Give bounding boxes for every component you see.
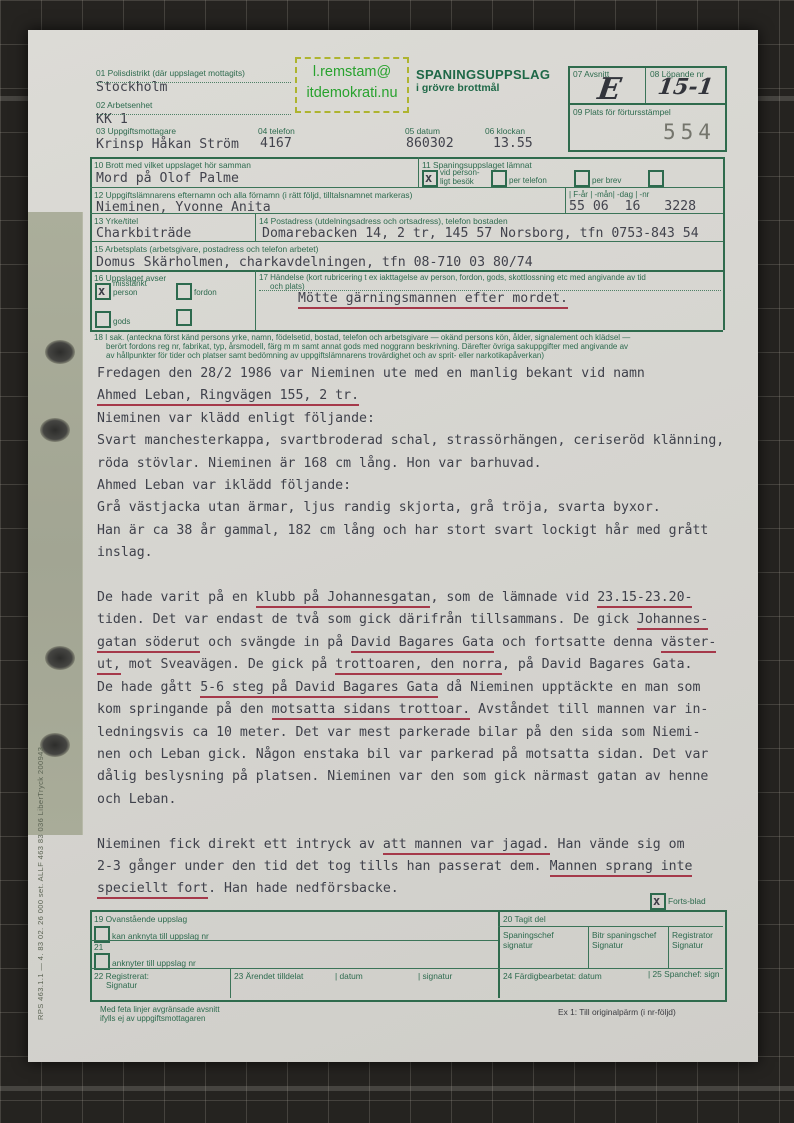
field-02-label: 02 Arbetsenhet (96, 100, 152, 110)
checkbox-fordon (176, 283, 192, 300)
field-20-label: 20 Tagit del (503, 914, 546, 924)
text-segment: dålig beslysning på platsen. Nieminen va… (97, 769, 708, 784)
text-segment: inslag. (97, 545, 153, 560)
text-segment: kom springande på den (97, 702, 272, 717)
text-segment: Nieminen fick direkt ett intryck av (97, 837, 383, 852)
field-18-label-line3: av hållpunkter för tider och platser sam… (106, 351, 544, 360)
field-08-value-handwritten: 15-1 (656, 74, 715, 100)
text-segment: ledningsvis ca 10 meter. Det var mest pa… (97, 725, 700, 740)
text-segment: nen och Leban gick. Någon enstaka bil va… (97, 747, 708, 762)
form-subtitle: i grövre brottmål (416, 82, 499, 94)
col-bitr-spaningschef: Bitr spaningschef (592, 930, 656, 940)
body-text-line: Nieminen fick direkt ett intryck av att … (97, 834, 737, 856)
text-segment: 2-3 gånger under den tid det tog tills h… (97, 859, 550, 874)
body-text-line: Han är ca 38 år gammal, 182 cm lång och … (97, 520, 737, 542)
body-text-line: Grå västjacka utan ärmar, ljus randig sk… (97, 497, 737, 519)
checkbox-x-mark: x (98, 284, 105, 298)
rule-line (255, 213, 256, 241)
field-17-value-text: Mötte gärningsmannen efter mordet. (298, 291, 568, 309)
text-segment: tiden. Det var endast de två som gick dä… (97, 612, 637, 627)
text-segment: . Han hade nedförsbacke. (208, 881, 399, 896)
field-10-value: Mord på Olof Palme (96, 171, 239, 186)
personnummer-value: 55 06 16 3228 (569, 199, 696, 214)
body-text-line: speciellt fort. Han hade nedförsbacke. (97, 878, 737, 900)
text-segment: och Leban. (97, 792, 176, 807)
dotted-rule (96, 114, 291, 115)
body-text-line: ut, mot Sveavägen. De gick på trottoaren… (97, 654, 737, 676)
checkbox-label-line1: vid person- (440, 168, 480, 177)
col-spaningschef: Spaningschef (503, 930, 554, 940)
field-05-value: 860302 (406, 136, 454, 151)
text-segment: och svängde in på (200, 635, 351, 650)
body-text-line: inslag. (97, 542, 737, 564)
underlined-text-segment: Mannen sprang inte (550, 859, 693, 877)
underlined-text-segment: Johannes- (637, 612, 708, 630)
checkbox-per-telefon (491, 170, 507, 187)
field-17-label-line1: 17 Händelse (kort rubricering t ex iaktt… (259, 273, 646, 282)
checkbox-label-line2: person (113, 288, 137, 297)
checkbox-gods (95, 311, 111, 328)
field-21-checkbox-label: anknyter till uppslag nr (112, 958, 196, 968)
field-06-value: 13.55 (493, 136, 533, 151)
rule-line (668, 926, 669, 968)
col-spaningschef-signatur: signatur (503, 940, 533, 950)
document-page: l.remstam@ itdemokrati.nu SPANINGSUPPSLA… (28, 30, 758, 1062)
field-21-label: 21 (94, 942, 103, 952)
rule-line (230, 968, 231, 998)
field-14-value: Domarebacken 14, 2 tr, 145 57 Norsborg, … (262, 226, 699, 241)
body-text-line: dålig beslysning på platsen. Nieminen va… (97, 766, 737, 788)
watermark-line1: l.remstam@ (297, 62, 407, 83)
text-segment: och fortsatte denna (494, 635, 661, 650)
body-text-line: Nieminen var klädd enligt följande: (97, 408, 737, 430)
watermark-line2: itdemokrati.nu (297, 83, 407, 104)
mat-texture-band (0, 1086, 794, 1091)
field-18-label-line2: berört fordons reg nr, fabrikat, typ, år… (106, 342, 628, 351)
text-segment: då Nieminen upptäckte en man som (438, 680, 700, 695)
text-segment: Han är ca 38 år gammal, 182 cm lång och … (97, 523, 708, 538)
body-text-line: De hade gått 5-6 steg på David Bagares G… (97, 677, 737, 699)
field-17-value: Mötte gärningsmannen efter mordet. (298, 291, 568, 306)
field-09-label: 09 Plats för förtursstämpel (573, 107, 671, 117)
underlined-text-segment: speciellt fort (97, 881, 208, 899)
rule-line (90, 157, 723, 159)
rule-line (255, 270, 256, 330)
checkbox-label-line2: ligt besök (440, 177, 474, 186)
form-title: SPANINGSUPPSLAG (416, 67, 550, 82)
rule-line (498, 926, 723, 927)
body-text-line: nen och Leban gick. Någon enstaka bil va… (97, 744, 737, 766)
text-segment: Nieminen var klädd enligt följande: (97, 411, 375, 426)
text-segment: mot Sveavägen. De gick på (121, 657, 335, 672)
field-14-label: 14 Postadress (utdelningsadress och orts… (259, 216, 508, 226)
priority-stamp-number: 554 (663, 120, 716, 144)
field-23-label: 23 Ärendet tilldelat (234, 971, 303, 981)
checkbox-misstankt-person-checked: x (95, 283, 111, 300)
field-15-label: 15 Arbetsplats (arbetsgivare, postadress… (94, 244, 318, 254)
text-segment: Grå västjacka utan ärmar, ljus randig sk… (97, 500, 661, 515)
body-text-line: 2-3 gånger under den tid det tog tills h… (97, 856, 737, 878)
rule-line (90, 968, 498, 969)
field-05-label: 05 datum (405, 126, 440, 136)
rule-line (90, 270, 723, 272)
field-04-label: 04 telefon (258, 126, 295, 136)
field-18-label-line1: 18 I sak. (anteckna först känd persons y… (94, 333, 630, 342)
checkbox-unlabeled (648, 170, 664, 187)
body-text-line: ledningsvis ca 10 meter. Det var mest pa… (97, 722, 737, 744)
col-registrator-signatur: Signatur (672, 940, 703, 950)
field-24-label: 24 Färdigbearbetat: datum (503, 971, 602, 981)
body-text-line: kom springande på den motsatta sidans tr… (97, 699, 737, 721)
body-text-line: gatan söderut och svängde in på David Ba… (97, 632, 737, 654)
field-06-label: 06 klockan (485, 126, 525, 136)
checkbox-unlabeled (176, 309, 192, 326)
rule-line (90, 213, 723, 214)
rule-line (90, 241, 723, 242)
personnummer-header: | F-år | -mån| -dag | -nr (569, 190, 649, 199)
underlined-text-segment: klubb på Johannesgatan (256, 590, 431, 608)
text-segment: Han vände sig om (550, 837, 685, 852)
field-13-value: Charkbiträde (96, 226, 191, 241)
underlined-text-segment: att mannen var jagad. (383, 837, 550, 855)
field-23-signatur-label: | signatur (418, 971, 452, 981)
text-segment: Avståndet till mannen var in- (470, 702, 708, 717)
watermark-box: l.remstam@ itdemokrati.nu (295, 57, 409, 113)
body-text-line: röda stövlar. Nieminen är 168 cm lång. H… (97, 453, 737, 475)
print-code-vertical: RPS 463.1.1 — 4. 83 02. 26 000 set. ALLF… (36, 747, 45, 1020)
checkbox-forts-blad-checked: x (650, 893, 666, 910)
body-text-line (97, 565, 737, 587)
footer-note-line1: Med feta linjer avgränsade avsnitt (100, 1005, 220, 1014)
checkbox-label: per brev (592, 176, 621, 185)
rule-line (568, 103, 727, 105)
col-bitr-signatur: Signatur (592, 940, 623, 950)
field-15-value: Domus Skärholmen, charkavdelningen, tfn … (96, 255, 533, 270)
underlined-text-segment: motsatta sidans trottoar. (272, 702, 471, 720)
punch-hole (40, 418, 70, 442)
text-segment: Ahmed Leban var iklädd följande: (97, 478, 351, 493)
field-22-label-line2: Signatur (106, 980, 137, 990)
photo-of-document: { "header": { "watermark1": "l.remstam@"… (0, 0, 794, 1123)
underlined-text-segment: ut, (97, 657, 121, 675)
checkbox-per-brev (574, 170, 590, 187)
body-text-line: Ahmed Leban var iklädd följande: (97, 475, 737, 497)
checkbox-label: per telefon (509, 176, 547, 185)
footer-note-line2: ifylls ej av uppgiftsmottagaren (100, 1014, 205, 1023)
checkbox-x-mark: x (425, 171, 432, 185)
field-25-label: | 25 Spanchef: sign (648, 969, 720, 979)
checkbox-vid-personligt-besok-checked: x (422, 170, 438, 187)
dotted-rule (96, 82, 291, 83)
field-04-value: 4167 (260, 136, 292, 151)
text-segment: , på David Bagares Gata. (502, 657, 693, 672)
field-03-label: 03 Uppgiftsmottagare (96, 126, 176, 136)
rule-line (90, 157, 92, 330)
field-07-value-handwritten: E (596, 72, 624, 107)
text-segment: De hade gått (97, 680, 200, 695)
body-text-line: tiden. Det var endast de två som gick dä… (97, 609, 737, 631)
body-text-line: Fredagen den 28/2 1986 var Nieminen ute … (97, 363, 737, 385)
underlined-text-segment: David Bagares Gata (351, 635, 494, 653)
field-12-label: 12 Uppgiftslämnarens efternamn och alla … (94, 190, 412, 200)
underlined-text-segment: väster- (661, 635, 717, 653)
rule-line (90, 940, 498, 941)
underlined-text-segment: trottoaren, den norra (335, 657, 502, 675)
forts-blad-label: Forts-blad (668, 896, 706, 906)
field-01-label: 01 Polisdistrikt (där uppslaget mottagit… (96, 68, 245, 78)
checkbox-x-mark: x (653, 894, 660, 908)
text-segment: De hade varit på en (97, 590, 256, 605)
field-19-label: 19 Ovanstående uppslag (94, 914, 187, 924)
body-text-line (97, 811, 737, 833)
field-10-label: 10 Brott med vilket uppslaget hör samman (94, 160, 251, 170)
body-text-line: och Leban. (97, 789, 737, 811)
body-text-line: Svart manchesterkappa, svartbroderad sch… (97, 430, 737, 452)
punch-hole (45, 646, 75, 670)
underlined-text-segment: Ahmed Leban, Ringvägen 155, 2 tr. (97, 388, 359, 406)
footer-ex1-note: Ex 1: Till originalpärm (i nr-följd) (558, 1007, 676, 1017)
rule-line (90, 187, 723, 188)
underlined-text-segment: 23.15-23.20- (597, 590, 692, 608)
punch-hole (45, 340, 75, 364)
text-segment: röda stövlar. Nieminen är 168 cm lång. H… (97, 456, 542, 471)
text-segment: Svart manchesterkappa, svartbroderad sch… (97, 433, 724, 448)
text-segment: , som de lämnade vid (430, 590, 597, 605)
col-registrator: Registrator (672, 930, 713, 940)
checkbox-label: fordon (194, 288, 217, 297)
body-text-line: Ahmed Leban, Ringvägen 155, 2 tr. (97, 385, 737, 407)
rule-line (565, 187, 566, 213)
rule-line (588, 926, 589, 968)
rule-line (645, 68, 646, 103)
rule-line (723, 157, 725, 330)
underlined-text-segment: 5-6 steg på David Bagares Gata (200, 680, 438, 698)
underlined-text-segment: gatan söderut (97, 635, 200, 653)
report-body-text: Fredagen den 28/2 1986 var Nieminen ute … (97, 363, 737, 901)
field-23-datum-label: | datum (335, 971, 363, 981)
field-03-value: Krinsp Håkan Ström (96, 137, 239, 152)
body-text-line: De hade varit på en klubb på Johannesgat… (97, 587, 737, 609)
rule-line (418, 157, 419, 187)
text-segment: Fredagen den 28/2 1986 var Nieminen ute … (97, 366, 645, 381)
checkbox-label: gods (113, 317, 130, 326)
rule-line (90, 330, 723, 332)
field-13-label: 13 Yrke/titel (94, 216, 138, 226)
checkbox-label-line1: misstänkt (113, 279, 147, 288)
rule-line (498, 910, 500, 998)
